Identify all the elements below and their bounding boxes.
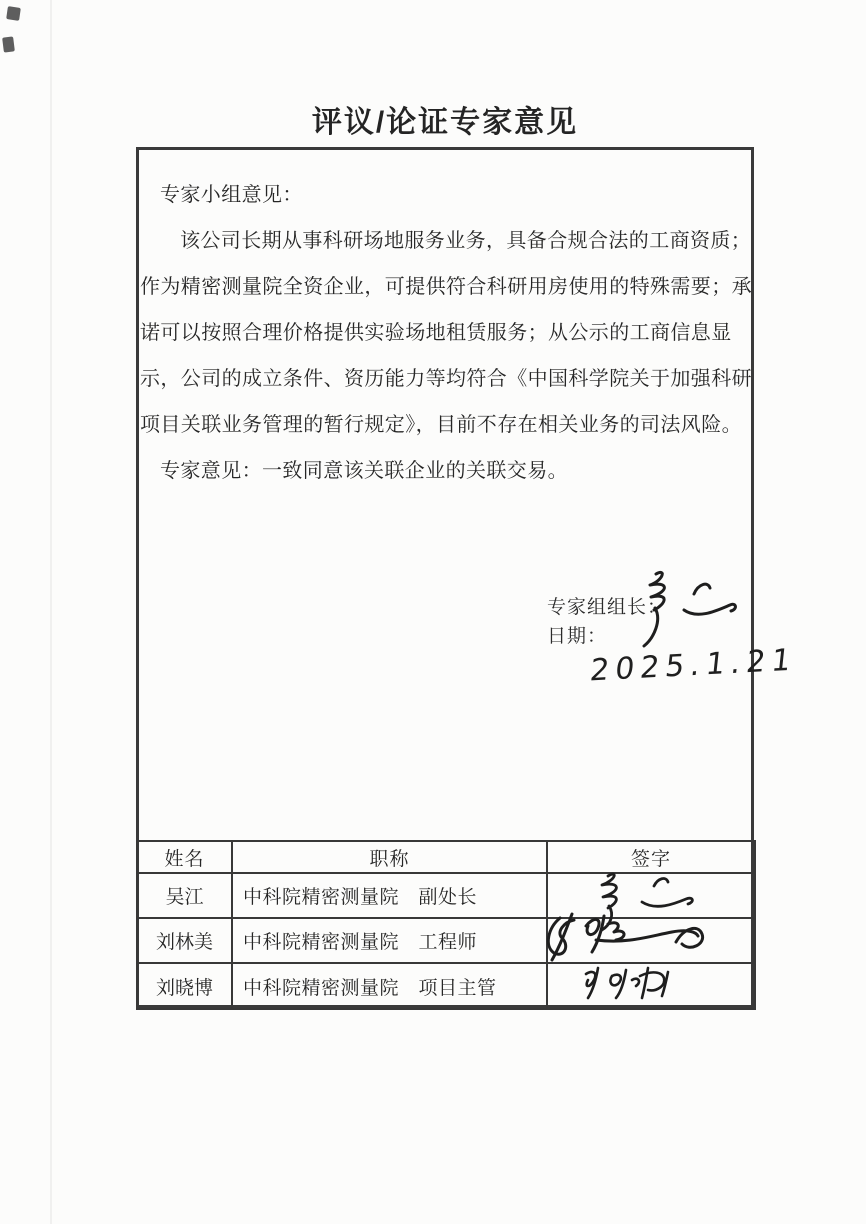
expert-signature-cell	[547, 918, 755, 963]
header-signature: 签字	[547, 841, 755, 873]
table-header-row: 姓名 职称 签字	[137, 841, 755, 873]
opinion-line: 该公司长期从事科研场地服务业务，具备合规合法的工商资质；	[140, 218, 752, 264]
expert-name: 刘晓博	[137, 963, 232, 1009]
date-label: 日期：	[547, 621, 607, 648]
expert-title: 中科院精密测量院 项目主管	[232, 963, 547, 1009]
opinion-line: 作为精密测量院全资企业，可提供符合科研用房使用的特殊需要；承	[140, 264, 752, 310]
opinion-conclusion: 专家意见：一致同意该关联企业的关联交易。	[140, 448, 752, 494]
scanned-document-page: 评议/论证专家意见 专家小组意见： 该公司长期从事科研场地服务业务，具备合规合法…	[0, 0, 866, 1224]
opinion-line: 项目关联业务管理的暂行规定》，目前不存在相关业务的司法风险。	[140, 402, 752, 448]
scanner-streak-artifact	[50, 0, 52, 1224]
scan-corner-mark	[6, 6, 21, 21]
table-row: 吴江 中科院精密测量院 副处长	[137, 873, 755, 918]
header-name: 姓名	[137, 841, 232, 873]
group-leader-label: 专家组组长：	[547, 592, 667, 619]
expert-signature-cell	[547, 873, 755, 918]
opinion-text-block: 专家小组意见： 该公司长期从事科研场地服务业务，具备合规合法的工商资质； 作为精…	[140, 172, 752, 494]
expert-title: 中科院精密测量院 副处长	[232, 873, 547, 918]
expert-title: 中科院精密测量院 工程师	[232, 918, 547, 963]
opinion-line: 诺可以按照合理价格提供实验场地租赁服务；从公示的工商信息显	[140, 310, 752, 356]
opinion-heading: 专家小组意见：	[140, 172, 752, 218]
expert-name: 刘林美	[137, 918, 232, 963]
header-title: 职称	[232, 841, 547, 873]
table-row: 刘晓博 中科院精密测量院 项目主管	[137, 963, 755, 1009]
scan-corner-mark	[2, 36, 15, 52]
experts-table: 姓名 职称 签字 吴江 中科院精密测量院 副处长 刘林美 中科院精密测量院 工程…	[136, 840, 756, 1010]
table-row: 刘林美 中科院精密测量院 工程师	[137, 918, 755, 963]
page-title: 评议/论证专家意见	[136, 97, 754, 141]
expert-name: 吴江	[137, 873, 232, 918]
expert-signature-cell	[547, 963, 755, 1009]
opinion-line: 示，公司的成立条件、资历能力等均符合《中国科学院关于加强科研	[140, 356, 752, 402]
